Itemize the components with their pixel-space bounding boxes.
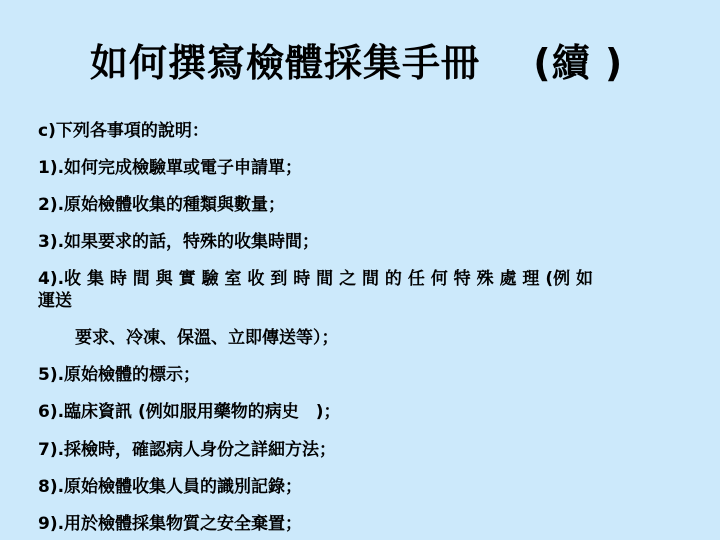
body-line-item-4: 4).收 集 時 間 與 實 驗 室 收 到 時 間 之 間 的 任 何 特 殊… — [38, 268, 692, 312]
body-line-item-8: 8).原始檢體收集人員的識別記錄； — [38, 476, 692, 498]
body-line-item-7: 7).採檢時，確認病人身份之詳細方法； — [38, 439, 692, 461]
body-line-item-2: 2).原始檢體收集的種類與數量； — [38, 194, 692, 216]
slide-title: 如何撰寫檢體採集手冊 (續 ) — [38, 42, 692, 86]
body-line-item-4-continued: 要求、冷凍、保溫、立即傳送等）； — [38, 327, 692, 349]
body-line-item-5: 5).原始檢體的標示； — [38, 364, 692, 386]
presentation-slide: 如何撰寫檢體採集手冊 (續 ) c)下列各事項的說明： 1).如何完成檢驗單或電… — [0, 0, 720, 540]
slide-body: c)下列各事項的說明： 1).如何完成檢驗單或電子申請單； 2).原始檢體收集的… — [38, 120, 692, 535]
body-line-intro: c)下列各事項的說明： — [38, 120, 692, 142]
body-line-item-3: 3).如果要求的話，特殊的收集時間； — [38, 231, 692, 253]
body-line-item-9: 9).用於檢體採集物質之安全棄置； — [38, 513, 692, 535]
body-line-item-6: 6).臨床資訊 (例如服用藥物的病史 )； — [38, 401, 692, 423]
body-line-item-1: 1).如何完成檢驗單或電子申請單； — [38, 157, 692, 179]
